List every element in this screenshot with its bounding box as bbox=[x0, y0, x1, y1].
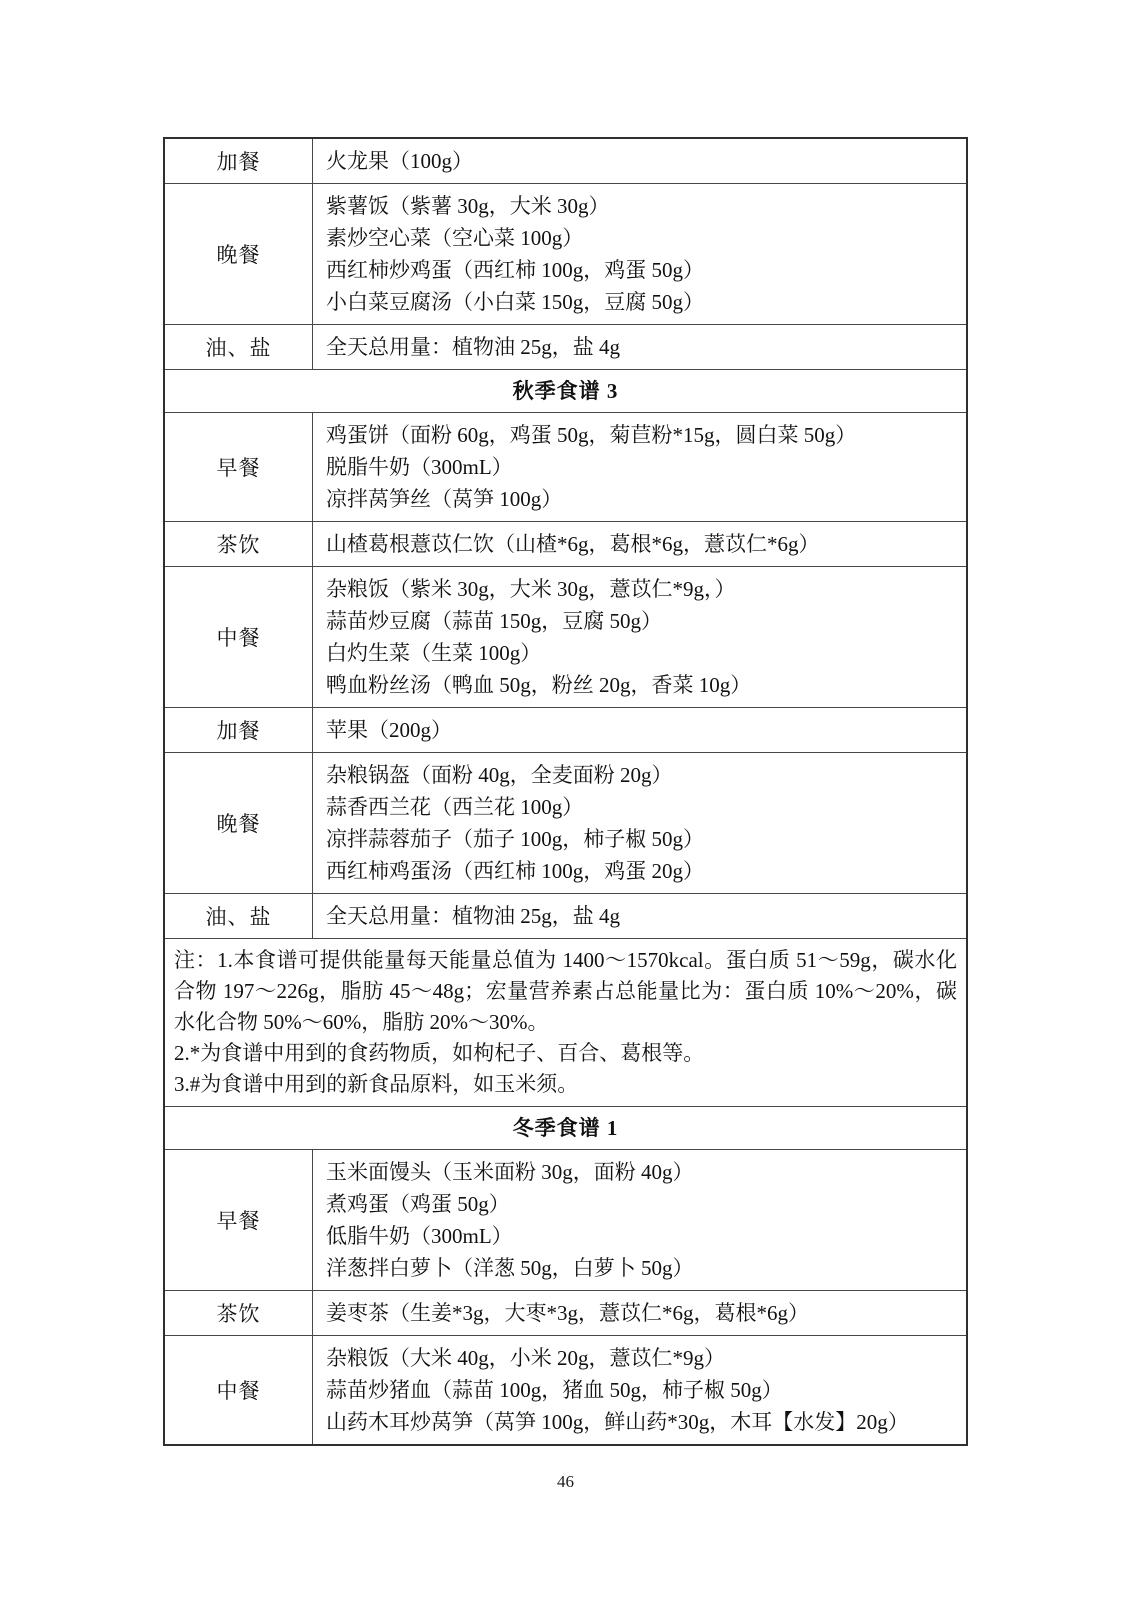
meal-item: 蒜苗炒豆腐（蒜苗 150g，豆腐 50g） bbox=[326, 605, 956, 637]
notes-cell: 注：1.本食谱可提供能量每天能量总值为 1400～1570kcal。蛋白质 51… bbox=[164, 939, 967, 1107]
meal-item: 紫薯饭（紫薯 30g，大米 30g） bbox=[326, 190, 956, 222]
meal-items-cell: 山楂葛根薏苡仁饮（山楂*6g，葛根*6g，薏苡仁*6g） bbox=[313, 522, 968, 567]
meal-item: 火龙果（100g） bbox=[326, 145, 956, 177]
meal-label-cell: 早餐 bbox=[164, 413, 313, 522]
table-row: 晚餐紫薯饭（紫薯 30g，大米 30g）素炒空心菜（空心菜 100g）西红柿炒鸡… bbox=[164, 184, 967, 325]
meal-item: 山药木耳炒莴笋（莴笋 100g，鲜山药*30g，木耳【水发】20g） bbox=[326, 1406, 956, 1438]
meal-item: 全天总用量：植物油 25g，盐 4g bbox=[326, 331, 956, 363]
meal-label-cell: 晚餐 bbox=[164, 184, 313, 325]
meal-label-cell: 晚餐 bbox=[164, 753, 313, 894]
meal-item: 脱脂牛奶（300mL） bbox=[326, 451, 956, 483]
meal-item: 凉拌莴笋丝（莴笋 100g） bbox=[326, 483, 956, 515]
table-row: 加餐火龙果（100g） bbox=[164, 138, 967, 184]
table-row: 油、盐全天总用量：植物油 25g，盐 4g bbox=[164, 894, 967, 939]
meal-label-cell: 茶饮 bbox=[164, 1291, 313, 1336]
table-row: 油、盐全天总用量：植物油 25g，盐 4g bbox=[164, 325, 967, 370]
meal-item: 杂粮锅盔（面粉 40g，全麦面粉 20g） bbox=[326, 759, 956, 791]
meal-item: 素炒空心菜（空心菜 100g） bbox=[326, 222, 956, 254]
meal-label-cell: 油、盐 bbox=[164, 894, 313, 939]
meal-item: 鸡蛋饼（面粉 60g，鸡蛋 50g，菊苣粉*15g，圆白菜 50g） bbox=[326, 419, 956, 451]
meal-item: 全天总用量：植物油 25g，盐 4g bbox=[326, 900, 956, 932]
meal-items-cell: 杂粮饭（大米 40g，小米 20g，薏苡仁*9g）蒜苗炒猪血（蒜苗 100g，猪… bbox=[313, 1336, 968, 1446]
meal-items-cell: 苹果（200g） bbox=[313, 708, 968, 753]
meal-label-cell: 加餐 bbox=[164, 708, 313, 753]
meal-item: 杂粮饭（大米 40g，小米 20g，薏苡仁*9g） bbox=[326, 1342, 956, 1374]
meal-items-cell: 全天总用量：植物油 25g，盐 4g bbox=[313, 894, 968, 939]
table-row: 茶饮姜枣茶（生姜*3g，大枣*3g，薏苡仁*6g，葛根*6g） bbox=[164, 1291, 967, 1336]
table-row: 中餐杂粮饭（大米 40g，小米 20g，薏苡仁*9g）蒜苗炒猪血（蒜苗 100g… bbox=[164, 1336, 967, 1446]
meal-item: 山楂葛根薏苡仁饮（山楂*6g，葛根*6g，薏苡仁*6g） bbox=[326, 528, 956, 560]
meal-item: 西红柿鸡蛋汤（西红柿 100g，鸡蛋 20g） bbox=[326, 855, 956, 887]
season-header-title: 冬季食谱 1 bbox=[164, 1107, 967, 1150]
meal-item: 蒜香西兰花（西兰花 100g） bbox=[326, 791, 956, 823]
meal-items-cell: 鸡蛋饼（面粉 60g，鸡蛋 50g，菊苣粉*15g，圆白菜 50g）脱脂牛奶（3… bbox=[313, 413, 968, 522]
meal-plan-table-body: 加餐火龙果（100g）晚餐紫薯饭（紫薯 30g，大米 30g）素炒空心菜（空心菜… bbox=[164, 138, 967, 1445]
meal-items-cell: 全天总用量：植物油 25g，盐 4g bbox=[313, 325, 968, 370]
meal-label-cell: 油、盐 bbox=[164, 325, 313, 370]
page-number: 46 bbox=[0, 1472, 1131, 1492]
meal-items-cell: 杂粮饭（紫米 30g，大米 30g，薏苡仁*9g，）蒜苗炒豆腐（蒜苗 150g，… bbox=[313, 567, 968, 708]
meal-label-cell: 加餐 bbox=[164, 138, 313, 184]
table-row: 中餐杂粮饭（紫米 30g，大米 30g，薏苡仁*9g，）蒜苗炒豆腐（蒜苗 150… bbox=[164, 567, 967, 708]
note-line: 2.*为食谱中用到的食药物质，如枸杞子、百合、葛根等。 bbox=[174, 1038, 957, 1069]
meal-item: 杂粮饭（紫米 30g，大米 30g，薏苡仁*9g，） bbox=[326, 573, 956, 605]
meal-item: 煮鸡蛋（鸡蛋 50g） bbox=[326, 1188, 956, 1220]
meal-item: 鸭血粉丝汤（鸭血 50g，粉丝 20g，香菜 10g） bbox=[326, 669, 956, 701]
table-row: 早餐玉米面馒头（玉米面粉 30g，面粉 40g）煮鸡蛋（鸡蛋 50g）低脂牛奶（… bbox=[164, 1150, 967, 1291]
meal-items-cell: 姜枣茶（生姜*3g，大枣*3g，薏苡仁*6g，葛根*6g） bbox=[313, 1291, 968, 1336]
meal-item: 蒜苗炒猪血（蒜苗 100g，猪血 50g，柿子椒 50g） bbox=[326, 1374, 956, 1406]
season-header-title: 秋季食谱 3 bbox=[164, 370, 967, 413]
notes-row: 注：1.本食谱可提供能量每天能量总值为 1400～1570kcal。蛋白质 51… bbox=[164, 939, 967, 1107]
note-line: 3.#为食谱中用到的新食品原料，如玉米须。 bbox=[174, 1069, 957, 1100]
table-row: 茶饮山楂葛根薏苡仁饮（山楂*6g，葛根*6g，薏苡仁*6g） bbox=[164, 522, 967, 567]
meal-item: 低脂牛奶（300mL） bbox=[326, 1220, 956, 1252]
table-row: 早餐鸡蛋饼（面粉 60g，鸡蛋 50g，菊苣粉*15g，圆白菜 50g）脱脂牛奶… bbox=[164, 413, 967, 522]
meal-item: 白灼生菜（生菜 100g） bbox=[326, 637, 956, 669]
meal-item: 姜枣茶（生姜*3g，大枣*3g，薏苡仁*6g，葛根*6g） bbox=[326, 1297, 956, 1329]
note-line: 注：1.本食谱可提供能量每天能量总值为 1400～1570kcal。蛋白质 51… bbox=[174, 945, 957, 1038]
meal-label-cell: 早餐 bbox=[164, 1150, 313, 1291]
meal-item: 玉米面馒头（玉米面粉 30g，面粉 40g） bbox=[326, 1156, 956, 1188]
table-row: 晚餐杂粮锅盔（面粉 40g，全麦面粉 20g）蒜香西兰花（西兰花 100g）凉拌… bbox=[164, 753, 967, 894]
meal-item: 西红柿炒鸡蛋（西红柿 100g，鸡蛋 50g） bbox=[326, 254, 956, 286]
meal-items-cell: 杂粮锅盔（面粉 40g，全麦面粉 20g）蒜香西兰花（西兰花 100g）凉拌蒜蓉… bbox=[313, 753, 968, 894]
season-header-row: 秋季食谱 3 bbox=[164, 370, 967, 413]
season-header-row: 冬季食谱 1 bbox=[164, 1107, 967, 1150]
meal-item: 小白菜豆腐汤（小白菜 150g，豆腐 50g） bbox=[326, 286, 956, 318]
meal-items-cell: 紫薯饭（紫薯 30g，大米 30g）素炒空心菜（空心菜 100g）西红柿炒鸡蛋（… bbox=[313, 184, 968, 325]
meal-plan-table: 加餐火龙果（100g）晚餐紫薯饭（紫薯 30g，大米 30g）素炒空心菜（空心菜… bbox=[163, 137, 968, 1446]
meal-items-cell: 玉米面馒头（玉米面粉 30g，面粉 40g）煮鸡蛋（鸡蛋 50g）低脂牛奶（30… bbox=[313, 1150, 968, 1291]
meal-item: 苹果（200g） bbox=[326, 714, 956, 746]
meal-label-cell: 中餐 bbox=[164, 1336, 313, 1446]
meal-label-cell: 中餐 bbox=[164, 567, 313, 708]
table-row: 加餐苹果（200g） bbox=[164, 708, 967, 753]
meal-label-cell: 茶饮 bbox=[164, 522, 313, 567]
meal-items-cell: 火龙果（100g） bbox=[313, 138, 968, 184]
meal-item: 洋葱拌白萝卜（洋葱 50g，白萝卜 50g） bbox=[326, 1252, 956, 1284]
document-page: 加餐火龙果（100g）晚餐紫薯饭（紫薯 30g，大米 30g）素炒空心菜（空心菜… bbox=[0, 0, 1131, 1600]
meal-item: 凉拌蒜蓉茄子（茄子 100g，柿子椒 50g） bbox=[326, 823, 956, 855]
